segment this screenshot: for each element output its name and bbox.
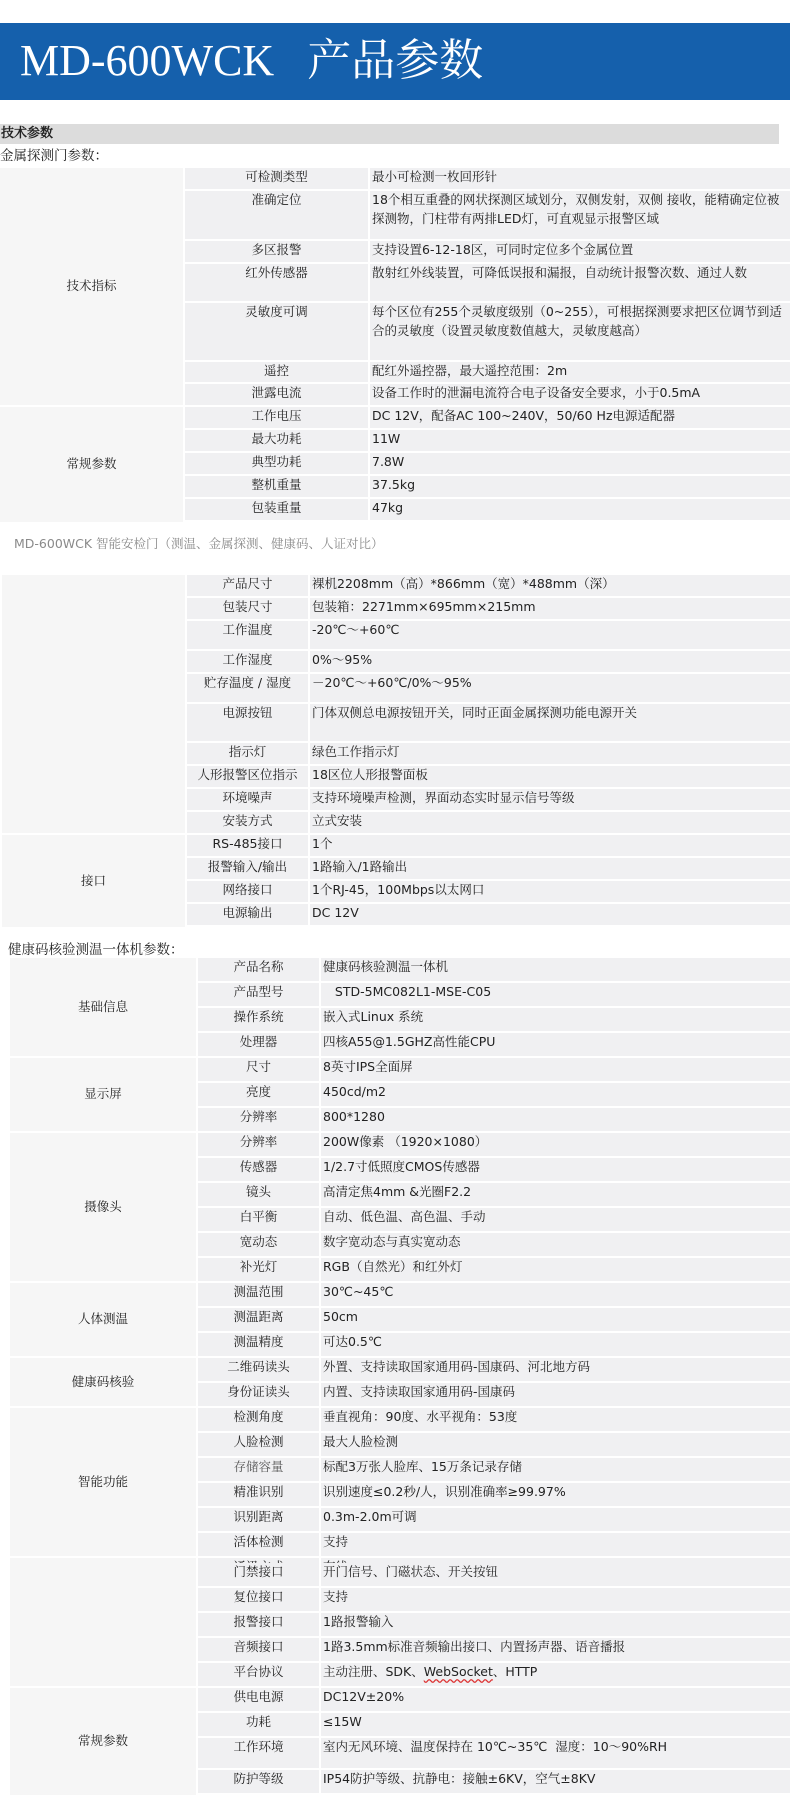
param-label: 人形报警区位指示 [187,766,310,789]
group-label: 显示屏 [10,1058,198,1133]
param-label: 典型功耗 [185,453,370,476]
param-label: 尺寸 [198,1058,321,1083]
table-row: 基础信息产品名称健康码核验测温一体机 [10,958,790,983]
param-value: 健康码核验测温一体机 [321,958,790,983]
param-label: 产品名称 [198,958,321,983]
group-label [10,1563,198,1688]
tech-params-heading: 技术参数 [0,124,779,144]
param-label: 工作温度 [187,621,310,651]
param-label: 遥控 [185,362,370,384]
param-value: 450cd/m2 [321,1083,790,1108]
param-label: 识别距离 [198,1508,321,1533]
param-value: 开门信号、门磁状态、开关按钮 [321,1563,790,1588]
param-label: 安装方式 [187,812,310,835]
param-label: 指示灯 [187,743,310,766]
param-label: 镜头 [198,1183,321,1208]
param-value: 1个RJ-45，100Mbps以太网口 [310,881,790,904]
param-value: 高清定焦4mm &光圈F2.2 [321,1183,790,1208]
param-value: 18区位人形报警面板 [310,766,790,789]
param-value: 四核A55@1.5GHZ高性能CPU [321,1033,790,1058]
group-label: 智能功能 [10,1408,198,1558]
param-label: 整机重量 [185,476,370,499]
table-row: 摄像头分辨率200W像素 （1920×1080） [10,1133,790,1158]
param-label: 复位接口 [198,1588,321,1613]
param-label: 测温精度 [198,1333,321,1358]
param-value: 0.3m-2.0m可调 [321,1508,790,1533]
param-value: STD-5MC082L1-MSE-C05 [321,983,790,1008]
metal-detector-section-title: 金属探测门参数： [0,146,108,166]
spellcheck-underline: WebSocket [424,1664,493,1679]
param-value: 主动注册、SDK、WebSocket、HTTP [321,1663,790,1688]
param-value: 外置、支持读取国家通用码-国康码、河北地方码 [321,1358,790,1383]
param-value: 1个 [310,835,790,858]
spec-table: 门禁接口开门信号、门磁状态、开关按钮复位接口支持报警接口1路报警输入音频接口1路… [10,1563,790,1795]
param-label: 灵敏度可调 [185,303,370,362]
param-label: 报警输入/输出 [187,858,310,881]
page-title: MD-600WCK 产品参数 [20,31,483,91]
param-value: -20℃～+60℃ [310,621,790,651]
table-row: 健康码核验二维码读头外置、支持读取国家通用码-国康码、河北地方码 [10,1358,790,1383]
param-value: 最大人脸检测 [321,1433,790,1458]
health-code-section-title: 健康码核验测温一体机参数： [8,940,184,960]
param-value: 50cm [321,1308,790,1333]
spec-table: 产品尺寸裸机2208mm（高）*866mm（宽）*488mm（深）包装尺寸包装箱… [2,575,790,927]
group-label: 人体测温 [10,1283,198,1358]
param-label: 处理器 [198,1033,321,1058]
param-value: 内置、支持读取国家通用码-国康码 [321,1383,790,1408]
param-value: 1/2.7寸低照度CMOS传感器 [321,1158,790,1183]
param-value: 支持环境噪声检测，界面动态实时显示信号等级 [310,789,790,812]
param-value: 包装箱：2271mm×695mm×215mm [310,598,790,621]
param-value: 支持 [321,1588,790,1613]
param-value: 门体双侧总电源按钮开关，同时正面金属探测功能电源开关 [310,704,790,743]
param-value: 绿色工作指示灯 [310,743,790,766]
table-row: 门禁接口开门信号、门磁状态、开关按钮 [10,1563,790,1588]
param-label: 贮存温度 / 湿度 [187,674,310,704]
title-banner: MD-600WCK 产品参数 [0,23,790,100]
param-label: 传感器 [198,1158,321,1183]
param-value: RGB（自然光）和红外灯 [321,1258,790,1283]
group-label: 摄像头 [10,1133,198,1283]
param-label: 身份证读头 [198,1383,321,1408]
param-value: IP54防护等级、抗静电：接触±6KV，空气±8KV [321,1770,790,1795]
param-value: 1路输入/1路输出 [310,858,790,881]
param-label: 电源按钮 [187,704,310,743]
param-value: 可达0.5℃ [321,1333,790,1358]
param-value: 数字宽动态与真实宽动态 [321,1233,790,1258]
param-value: 最小可检测一枚回形针 [370,168,790,191]
param-value: 立式安装 [310,812,790,835]
table-row: 显示屏尺寸8英寸IPS全面屏 [10,1058,790,1083]
param-value: 1路报警输入 [321,1613,790,1638]
param-label: 工作湿度 [187,651,310,674]
param-label: 工作环境 [198,1738,321,1770]
param-value: 18个相互重叠的网状探测区域划分，双侧发射，双侧 接收，能精确定位被探测物，门柱… [370,191,790,241]
param-label: 包装重量 [185,499,370,522]
param-value: 室内无风环境、温度保持在 10℃~35℃ 湿度：10～90%RH [321,1738,790,1770]
param-value: 11W [370,430,790,453]
param-value: 支持设置6-12-18区，可同时定位多个金属位置 [370,241,790,264]
param-label: 包装尺寸 [187,598,310,621]
param-label: 供电电源 [198,1688,321,1713]
spec-table: 基础信息产品名称健康码核验测温一体机产品型号 STD-5MC082L1-MSE-… [10,958,790,1608]
param-label: 人脸检测 [198,1433,321,1458]
param-value: 配红外遥控器，最大遥控范围：2m [370,362,790,384]
param-value: 1路3.5mm标准音频输出接口、内置扬声器、语音播报 [321,1638,790,1663]
param-value: 识别速度≤0.2秒/人，识别准确率≥99.97% [321,1483,790,1508]
param-value: DC 12V [310,904,790,927]
param-value: 8英寸IPS全面屏 [321,1058,790,1083]
param-label: 环境噪声 [187,789,310,812]
table-row: 人体测温测温范围30℃~45℃ [10,1283,790,1308]
param-value: 裸机2208mm（高）*866mm（宽）*488mm（深） [310,575,790,598]
group-label: 常规参数 [10,1688,198,1795]
param-value: ≤15W [321,1713,790,1738]
param-label: 测温范围 [198,1283,321,1308]
param-label: 产品型号 [198,983,321,1008]
param-label: 产品尺寸 [187,575,310,598]
param-label: 宽动态 [198,1233,321,1258]
smart-gate-section-title: MD-600WCK 智能安检门（测温、金属探测、健康码、人证对比） [14,534,384,554]
param-label: 分辨率 [198,1108,321,1133]
param-value: 设备工作时的泄漏电流符合电子设备安全要求，小于0.5mA [370,384,790,407]
param-value: －20℃～+60℃/0%～95% [310,674,790,704]
param-value: 支持 [321,1533,790,1558]
param-label: 分辨率 [198,1133,321,1158]
param-label: 多区报警 [185,241,370,264]
param-label: 平台协议 [198,1663,321,1688]
group-label: 常规参数 [0,407,185,522]
param-label: 最大功耗 [185,430,370,453]
param-label: 二维码读头 [198,1358,321,1383]
param-label: RS-485接口 [187,835,310,858]
param-label: 门禁接口 [198,1563,321,1588]
param-value: 37.5kg [370,476,790,499]
param-label: 电源输出 [187,904,310,927]
param-label: 活体检测 [198,1533,321,1558]
param-value: 垂直视角：90度、水平视角：53度 [321,1408,790,1433]
param-value: DC12V±20% [321,1688,790,1713]
param-label: 存储容量 [198,1458,321,1483]
param-label: 工作电压 [185,407,370,430]
param-value: 嵌入式Linux 系统 [321,1008,790,1033]
table-row: 技术指标可检测类型最小可检测一枚回形针 [0,168,790,191]
param-value: 800*1280 [321,1108,790,1133]
param-label: 准确定位 [185,191,370,241]
param-value: 47kg [370,499,790,522]
param-value: 200W像素 （1920×1080） [321,1133,790,1158]
table-row: 常规参数工作电压DC 12V，配备AC 100~240V，50/60 Hz电源适… [0,407,790,430]
param-label: 操作系统 [198,1008,321,1033]
table-row: 接口RS-485接口1个 [2,835,790,858]
param-label: 网络接口 [187,881,310,904]
param-value: 标配3万张人脸库、15万条记录存储 [321,1458,790,1483]
table-row: 常规参数供电电源DC12V±20% [10,1688,790,1713]
group-label: 健康码核验 [10,1358,198,1408]
param-value: 30℃~45℃ [321,1283,790,1308]
param-value: 7.8W [370,453,790,476]
table-row: 产品尺寸裸机2208mm（高）*866mm（宽）*488mm（深） [2,575,790,598]
group-label: 基础信息 [10,958,198,1058]
param-label: 报警接口 [198,1613,321,1638]
param-label: 检测角度 [198,1408,321,1433]
group-label: 接口 [2,835,187,927]
param-label: 可检测类型 [185,168,370,191]
param-label: 泄露电流 [185,384,370,407]
param-label: 精准识别 [198,1483,321,1508]
param-value: 每个区位有255个灵敏度级别（0~255），可根据探测要求把区位调节到适合的灵敏… [370,303,790,362]
table-row: 智能功能检测角度垂直视角：90度、水平视角：53度 [10,1408,790,1433]
param-value: 散射红外线装置，可降低误报和漏报，自动统计报警次数、通过人数 [370,264,790,303]
param-label: 亮度 [198,1083,321,1108]
param-label: 音频接口 [198,1638,321,1663]
param-label: 防护等级 [198,1770,321,1795]
group-label [2,575,187,835]
param-label: 功耗 [198,1713,321,1738]
param-label: 红外传感器 [185,264,370,303]
param-value: DC 12V，配备AC 100~240V，50/60 Hz电源适配器 [370,407,790,430]
param-label: 测温距离 [198,1308,321,1333]
param-value: 自动、低色温、高色温、手动 [321,1208,790,1233]
group-label: 技术指标 [0,168,185,407]
param-value: 0%～95% [310,651,790,674]
param-label: 白平衡 [198,1208,321,1233]
param-label: 补光灯 [198,1258,321,1283]
spec-table: 技术指标可检测类型最小可检测一枚回形针准确定位18个相互重叠的网状探测区域划分，… [0,168,790,522]
